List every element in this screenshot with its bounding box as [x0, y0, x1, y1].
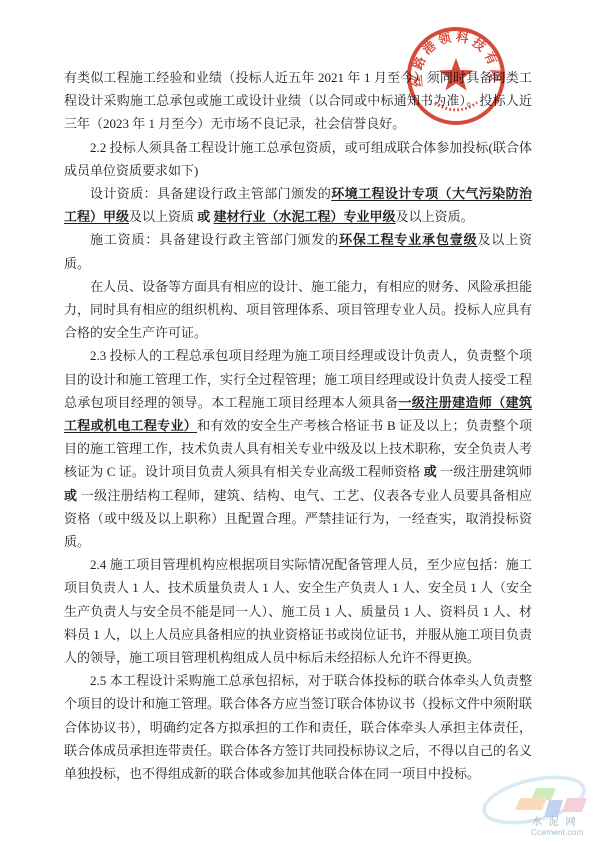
text-segment: 一级注册结构工程师，建筑、结构、电气、工艺、仪表各专业人员要具备相应资格（或中级… — [64, 488, 532, 549]
text-segment: 有类似工程施工经验和业绩（投标人近五年 2021 年 1 月至今）须同时具备同类… — [64, 70, 532, 131]
text-segment: 及以上资质。 — [396, 209, 474, 224]
watermark-site-name: 水 泥 网 — [532, 815, 578, 828]
text-segment: 2.5 本工程设计采购施工总承包招标，对于联合体投标的联合体牵头人负责整个项目的… — [64, 673, 532, 781]
text-segment-or: 或 — [64, 488, 77, 503]
paragraph-2-2: 2.2 投标人须具备工程设计施工总承包资质，或可组成联合体参加投标(联合体成员单… — [64, 136, 532, 182]
paragraph-continuation: 有类似工程施工经验和业绩（投标人近五年 2021 年 1 月至今）须同时具备同类… — [64, 66, 532, 136]
text-segment: 在人员、设备等方面具有相应的设计、施工能力，有相应的财务、风险承担能力，同时具有… — [64, 279, 532, 340]
paragraph-2-5: 2.5 本工程设计采购施工总承包招标，对于联合体投标的联合体牵头人负责整个项目的… — [64, 669, 532, 785]
text-segment: 2.2 投标人须具备工程设计施工总承包资质，或可组成联合体参加投标(联合体成员单… — [64, 140, 532, 178]
text-segment: 设计资质：具备建设行政主管部门颁发的 — [90, 186, 331, 201]
paragraph-capability: 在人员、设备等方面具有相应的设计、施工能力，有相应的财务、风险承担能力，同时具有… — [64, 275, 532, 345]
paragraph-construction-qualification: 施工资质：具备建设行政主管部门颁发的环保工程专业承包壹级及以上资质。 — [64, 228, 532, 274]
text-segment-or: 或 — [197, 209, 210, 224]
text-segment-emphasis: 环保工程专业承包壹级 — [339, 232, 477, 247]
text-segment: 2.4 施工项目管理机构应根据项目实际情况配备管理人员，至少应包括：施工项目负责… — [64, 557, 532, 665]
paragraph-2-4: 2.4 施工项目管理机构应根据项目实际情况配备管理人员，至少应包括：施工项目负责… — [64, 553, 532, 669]
text-segment-or: 或 — [424, 464, 437, 479]
text-segment-emphasis: 建材行业（水泥工程）专业甲级 — [214, 209, 396, 224]
text-segment: 施工资质：具备建设行政主管部门颁发的 — [90, 232, 339, 247]
document-body: 有类似工程施工经验和业绩（投标人近五年 2021 年 1 月至今）须同时具备同类… — [64, 66, 532, 785]
watermark-site-domain: Ccement.com — [531, 827, 583, 837]
text-segment: 一级注册建筑师 — [437, 464, 532, 479]
tiles-icon — [515, 788, 587, 817]
paragraph-design-qualification: 设计资质：具备建设行政主管部门颁发的环境工程设计专项（大气污染防治工程）甲级及以… — [64, 182, 532, 228]
paragraph-2-3: 2.3 投标人的工程总承包项目经理为施工项目经理或设计负责人，负责整个项目的设计… — [64, 344, 532, 553]
text-segment: 及以上资质 — [129, 209, 197, 224]
